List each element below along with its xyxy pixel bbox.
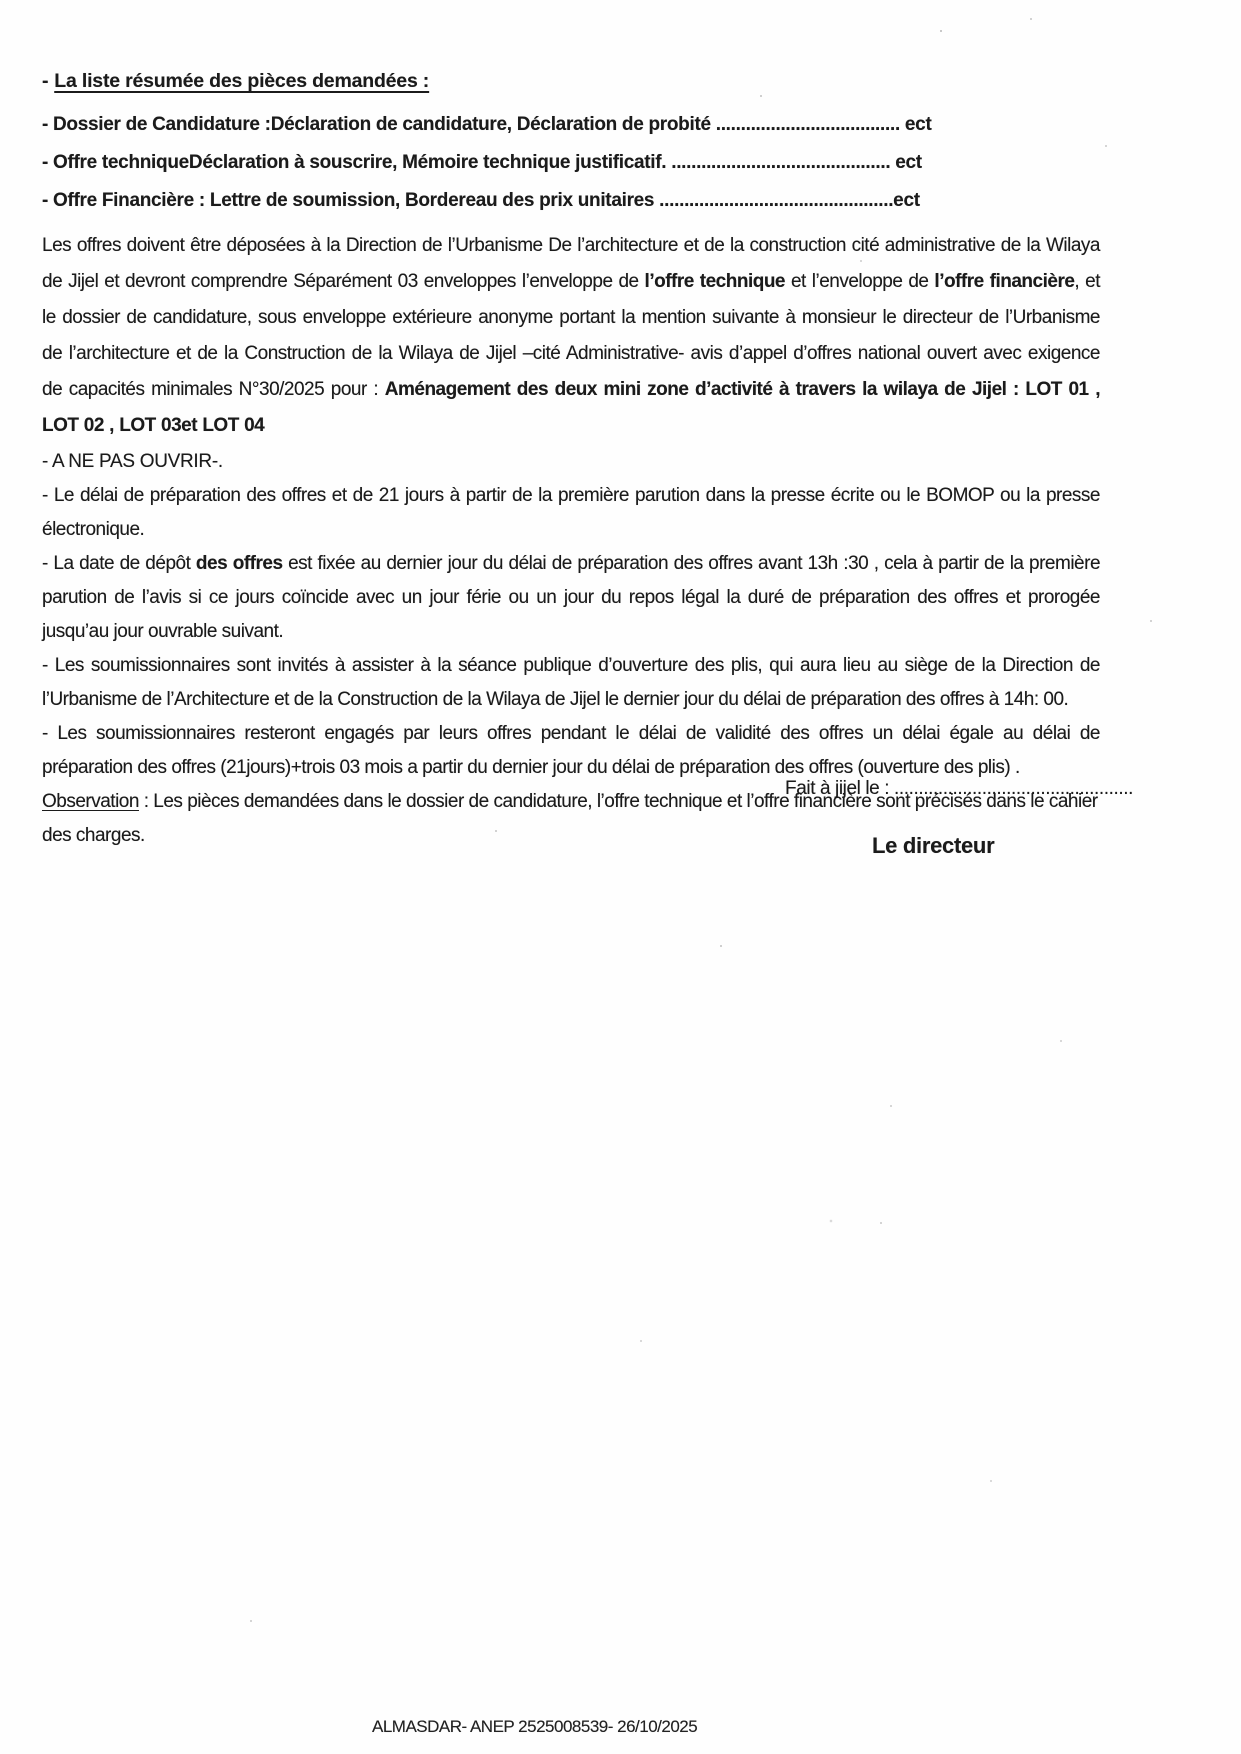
text-segment: - Le délai de préparation des offres et … [42, 485, 1100, 540]
bullet-preparation-delay: - Le délai de préparation des offres et … [42, 479, 1100, 547]
text-segment: - Les soumissionnaires resteront engagés… [42, 723, 1100, 778]
bullet-deposit-date: - La date de dépôt des offres est fixée … [42, 547, 1100, 649]
bullet-offer-validity: - Les soumissionnaires resteront engagés… [42, 717, 1100, 785]
piece-item-offre-financiere: - Offre Financière : Lettre de soumissio… [42, 182, 1100, 220]
place-date-line: Fait à jijel le : ......................… [785, 778, 1133, 800]
pieces-list-header-text: La liste résumée des pièces demandées : [54, 70, 429, 92]
bullet-public-opening: - Les soumissionnaires sont invités à as… [42, 649, 1100, 717]
deposit-instructions-paragraph: Les offres doivent être déposées à la Di… [42, 228, 1100, 444]
do-not-open-line: - A NE PAS OUVRIR-. [42, 444, 1100, 479]
pieces-list-header: -La liste résumée des pièces demandées : [42, 66, 1100, 96]
text-segment: l’offre technique [645, 271, 785, 292]
piece-item-offre-technique: - Offre techniqueDéclaration à souscrire… [42, 144, 1100, 182]
text-segment: Observation [42, 791, 139, 812]
text-segment: - La date de dépôt [42, 553, 196, 574]
signatory-title: Le directeur [872, 833, 994, 859]
text-segment: des offres [196, 553, 283, 574]
header-dash: - [42, 70, 48, 92]
publication-imprint: ALMASDAR- ANEP 2525008539- 26/10/2025 [372, 1717, 697, 1737]
text-segment: et l’enveloppe de [785, 271, 934, 292]
scan-noise-speckles [0, 0, 2, 2]
piece-item-dossier-candidature: - Dossier de Candidature :Déclaration de… [42, 106, 1100, 144]
text-segment: l’offre financière [934, 271, 1074, 292]
document-page: -La liste résumée des pièces demandées :… [0, 0, 1241, 1754]
text-segment: - Les soumissionnaires sont invités à as… [42, 655, 1100, 710]
tender-notice-content: -La liste résumée des pièces demandées :… [42, 66, 1100, 853]
